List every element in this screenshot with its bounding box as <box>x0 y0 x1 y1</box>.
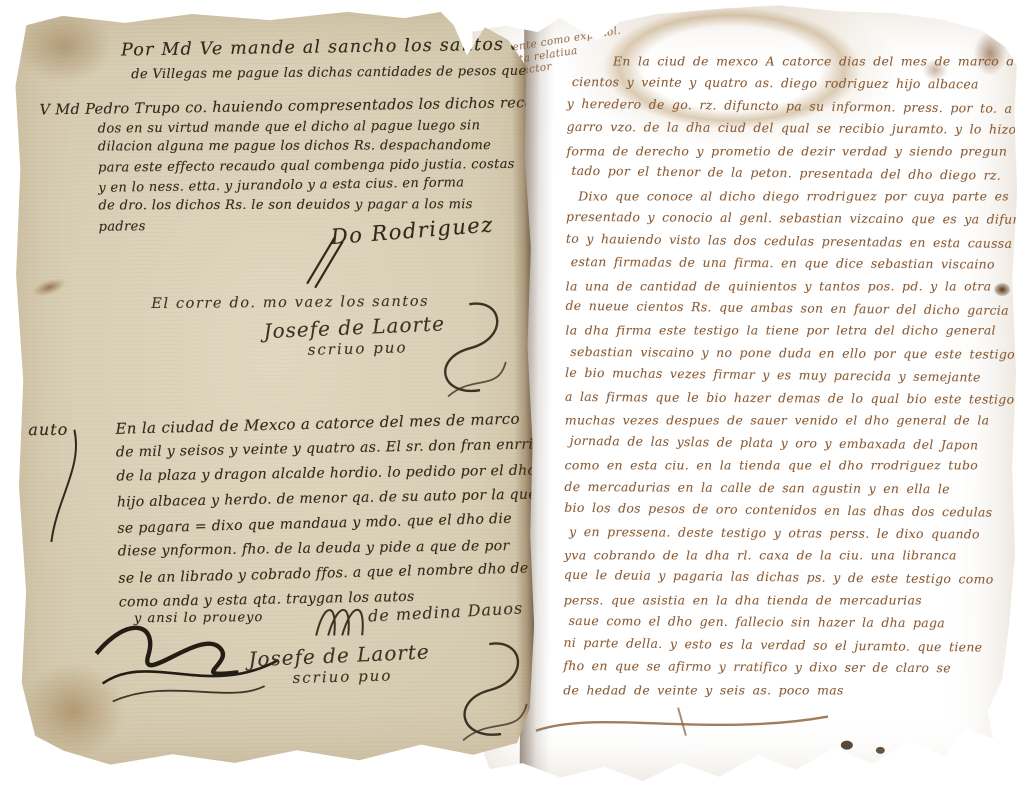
testimony-body: En la ciud de mexco A catorce dias del m… <box>563 49 1013 703</box>
notary-signature-2: Josefe de Laorte scriuo puo <box>248 643 430 687</box>
handwritten-line: tado por el thenor de la peton. presenta… <box>571 160 1012 187</box>
handwritten-line: fho en que se afirmo y rratifico y dixo … <box>563 655 1009 680</box>
handwritten-line: perss. que asistia en la dha tienda de m… <box>564 589 1010 611</box>
auto-brace <box>44 428 85 548</box>
handwritten-line: la una de cantidad de quinientos y tanto… <box>566 275 1012 297</box>
corner-stain <box>0 0 129 96</box>
handwritten-line: Dixo que conoce al dicho diego rrodrigue… <box>578 185 1012 207</box>
handwritten-line: que le deuia y pagaria las dichas ps. y … <box>564 564 1010 592</box>
handwritten-line: dilacion alguna me pague los dichos Rs. … <box>98 136 518 157</box>
handwritten-line: muchas vezes despues de sauer venido el … <box>565 410 1011 432</box>
proveido-line: y ansi lo proueyo <box>134 610 263 626</box>
manuscript-photo: Sente como expanol.esta relatiuael actor… <box>0 0 1024 789</box>
auto-margin-label: auto <box>28 420 68 439</box>
handwritten-line: como en esta ciu. en la tienda que el dh… <box>565 454 1011 476</box>
manuscript-left-page: Por Md Ve mande al sancho los santos de … <box>11 6 536 766</box>
handwritten-line: to y hauiendo visto las dos cedulas pres… <box>566 227 1012 255</box>
manuscript-right-page: Sente como expanol.esta relatiuael actor… <box>468 0 1020 789</box>
handwritten-line: de nueue cientos Rs. que ambas son en fa… <box>565 295 1011 323</box>
handwritten-line: presentado y conocio al genl. sebastian … <box>566 206 1012 231</box>
handwritten-line: la dha firma este testigo la tiene por l… <box>565 320 1011 342</box>
handwritten-line: jornada de las yslas de plata y oro y em… <box>570 429 1011 456</box>
notary-signature: Josefe de Laorte scriuo puo <box>263 314 445 358</box>
decree-note: El corre do. mo vaez los santos <box>151 293 531 312</box>
notary-rubric-2 <box>434 636 535 749</box>
handwritten-line: yva cobrando de la dha rl. caxa de la ci… <box>564 544 1010 566</box>
auto-body: En la ciudad de Mexco a catorce del mes … <box>115 408 535 616</box>
petition-opening: Por Md Ve mande al sancho los santos de … <box>121 34 523 88</box>
closing-flourish <box>528 701 858 745</box>
handwritten-line: En la ciud de mexco A catorce dias del m… <box>613 50 1013 72</box>
handwritten-line: forma de derecho y prometio de dezir ver… <box>566 140 1012 162</box>
edge-speck <box>876 747 885 754</box>
handwritten-line: de hedad de veinte y seis as. poco mas <box>563 679 1009 701</box>
handwritten-line: y en pressena. deste testigo y otras per… <box>569 520 1010 545</box>
ink-blot <box>30 275 69 301</box>
edge-speck <box>841 741 853 750</box>
notary-title: scriuo puo <box>307 337 445 359</box>
handwritten-line: ni parte della. y esto es la verdad so e… <box>563 632 1009 660</box>
handwritten-line: a las firmas que le bio hazer demas de l… <box>565 386 1011 411</box>
handwritten-line: estan firmadas de una firma. en que dice… <box>571 251 1012 276</box>
handwritten-line: garro vzo. de la dha ciud del qual se re… <box>567 116 1013 141</box>
corner-stain <box>2 645 143 776</box>
notary-title: scriuo puo <box>292 665 430 687</box>
handwritten-line: de Villegas me pague las dichas cantidad… <box>131 59 523 87</box>
